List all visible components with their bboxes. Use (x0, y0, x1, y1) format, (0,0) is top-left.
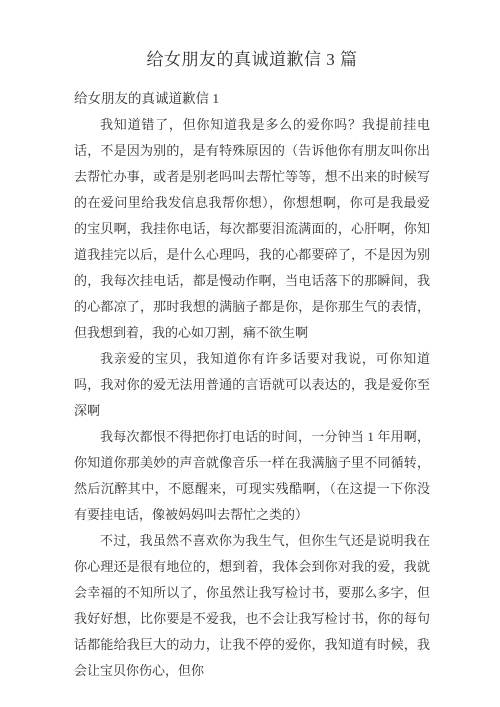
paragraph-1: 我知道错了，但你知道我是多么的爱你吗？我提前挂电话，不是因为别的，是有特殊原因的… (74, 112, 430, 346)
section-heading: 给女朋友的真诚道歉信 1 (74, 86, 430, 112)
paragraph-3: 我每次都恨不得把你打电话的时间，一分钟当 1 年用啊，你知道你那美妙的声音就像音… (74, 424, 430, 528)
paragraph-2: 我亲爱的宝贝，我知道你有许多话要对我说，可你知道吗，我对你的爱无法用普通的言语就… (74, 346, 430, 424)
document-title: 给女朋友的真诚道歉信 3 篇 (74, 47, 430, 73)
document-page: 给女朋友的真诚道歉信 3 篇 给女朋友的真诚道歉信 1 我知道错了，但你知道我是… (0, 0, 500, 707)
paragraph-4: 不过，我虽然不喜欢你为我生气，但你生气还是说明我在你心理还是很有地位的，想到着，… (74, 528, 430, 684)
